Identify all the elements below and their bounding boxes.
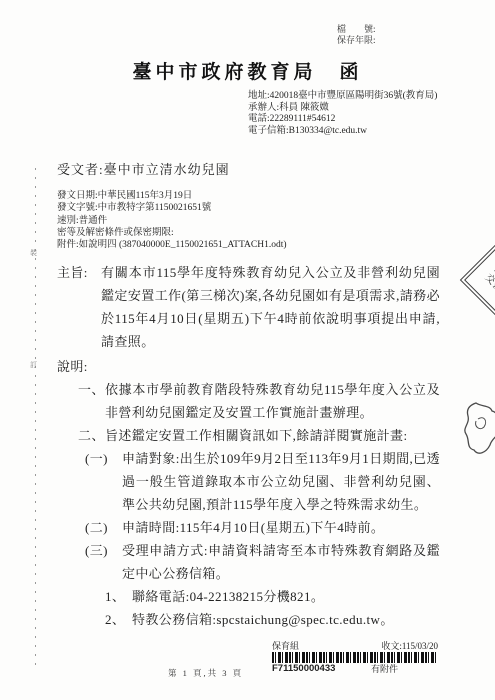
description-label: 說明: xyxy=(57,355,440,378)
document-number: 發文字號:中市教特字第1150021651號 xyxy=(57,202,287,214)
receive-unit: 保育組 xyxy=(272,641,299,651)
receive-attachment-note: 有附件 xyxy=(371,664,438,674)
binding-mark-ding: 訂 xyxy=(30,360,37,370)
document-title: 臺中市政府教育局 函 xyxy=(0,57,495,84)
document-meta-block: 發文日期:中華民國115年3月19日 發文字號:中市教特字第1150021651… xyxy=(57,190,287,251)
list-item: (二) 申請時間:115年4月10日(星期五)下午4時前。 xyxy=(57,516,440,539)
delivery-speed: 速別:普通件 xyxy=(57,215,287,227)
subject-section: 主旨: 有關本市115學年度特殊教育幼兒入公立及非營利幼兒園鑑定安置工作(第三梯… xyxy=(57,261,440,353)
issue-date: 發文日期:中華民國115年3月19日 xyxy=(57,190,287,202)
recipient-line: 受文者:臺中市立清水幼兒園 xyxy=(57,159,230,178)
binding-mark-zhuang: 裝 xyxy=(30,248,37,258)
list-item: (三) 受理申請方式:申請資料請寄至本市特殊教育網路及鑑定中心公務信箱。 xyxy=(57,539,440,585)
list-item: 一、 依據本市學前教育階段特殊教育幼兒115學年度入公立及非營利幼兒園鑑定及安置… xyxy=(57,378,440,424)
item-text: 受理申請方式:申請資料請寄至本市特殊教育網路及鑑定中心公務信箱。 xyxy=(122,539,440,585)
item-text: 聯絡電話:04-22138215分機821。 xyxy=(132,585,440,608)
retention-period-label: 保存年限: xyxy=(337,35,376,46)
description-section: 說明: 一、 依據本市學前教育階段特殊教育幼兒115學年度入公立及非營利幼兒園鑑… xyxy=(57,355,440,631)
electronic-exchange-stamp-text: 電子交換 xyxy=(482,264,495,297)
item-text: 特教公務信箱:spcstaichung@spec.tc.edu.tw。 xyxy=(132,608,440,631)
seal-stamp-mark xyxy=(462,400,495,458)
subject-label: 主旨: xyxy=(57,261,101,353)
item-number: (一) xyxy=(85,447,122,516)
item-number: (三) xyxy=(85,539,122,585)
list-item: 2、 特教公務信箱:spcstaichung@spec.tc.edu.tw。 xyxy=(57,608,440,631)
subject-text: 有關本市115學年度特殊教育幼兒入公立及非營利幼兒園鑑定安置工作(第三梯次)案,… xyxy=(101,261,440,353)
item-text: 旨述鑑定安置工作相關資訊如下,餘請詳閱實施計畫: xyxy=(105,424,440,447)
receive-barcode-number: F71150000433 xyxy=(272,664,335,674)
agency-email: 電子信箱:B130334@tc.edu.tw xyxy=(248,126,466,138)
agency-contact-person: 承辦人:科員 陳筱媺 xyxy=(248,103,466,115)
item-number: 1、 xyxy=(105,585,132,608)
attachment-line: 附件:如說明四 (387040000E_1150021651_ATTACH1.o… xyxy=(57,239,287,251)
archive-labels: 檔 號: 保存年限: xyxy=(337,24,376,46)
receive-barcode xyxy=(272,652,438,663)
official-letter-page: 檔 號: 保存年限: 臺中市政府教育局 函 地址:420018臺中市豐原區陽明街… xyxy=(0,0,495,700)
agency-address: 地址:420018臺中市豐原區陽明街36號(教育局) xyxy=(248,91,466,103)
file-number-label: 檔 號: xyxy=(337,24,376,35)
list-item: 1、 聯絡電話:04-22138215分機821。 xyxy=(57,585,440,608)
item-text: 申請對象:出生於109年9月2日至113年9月1日期間,已透過一般生管道錄取本市… xyxy=(122,447,440,516)
item-number: 2、 xyxy=(105,608,132,631)
page-number: 第 1 頁,共 3 頁 xyxy=(168,667,243,679)
receive-stamp-block: 保育組 收文:115/03/20 F71150000433 有附件 xyxy=(272,641,438,674)
list-item: (一) 申請對象:出生於109年9月2日至113年9月1日期間,已透過一般生管道… xyxy=(57,447,440,516)
receive-date: 收文:115/03/20 xyxy=(381,641,438,651)
binding-dotted-line xyxy=(35,168,36,665)
security-classification: 密等及解密條件或保密期限: xyxy=(57,227,287,239)
item-number: (二) xyxy=(85,516,122,539)
agency-phone: 電話:22289111#54612 xyxy=(248,114,466,126)
item-text: 申請時間:115年4月10日(星期五)下午4時前。 xyxy=(122,516,440,539)
item-number: 二、 xyxy=(78,424,105,447)
agency-info-block: 地址:420018臺中市豐原區陽明街36號(教育局) 承辦人:科員 陳筱媺 電話… xyxy=(248,91,466,137)
item-text: 依據本市學前教育階段特殊教育幼兒115學年度入公立及非營利幼兒園鑑定及安置工作實… xyxy=(105,378,440,424)
list-item: 二、 旨述鑑定安置工作相關資訊如下,餘請詳閱實施計畫: xyxy=(57,424,440,447)
item-number: 一、 xyxy=(78,378,105,424)
electronic-exchange-stamp: 電子交換 xyxy=(464,246,495,314)
